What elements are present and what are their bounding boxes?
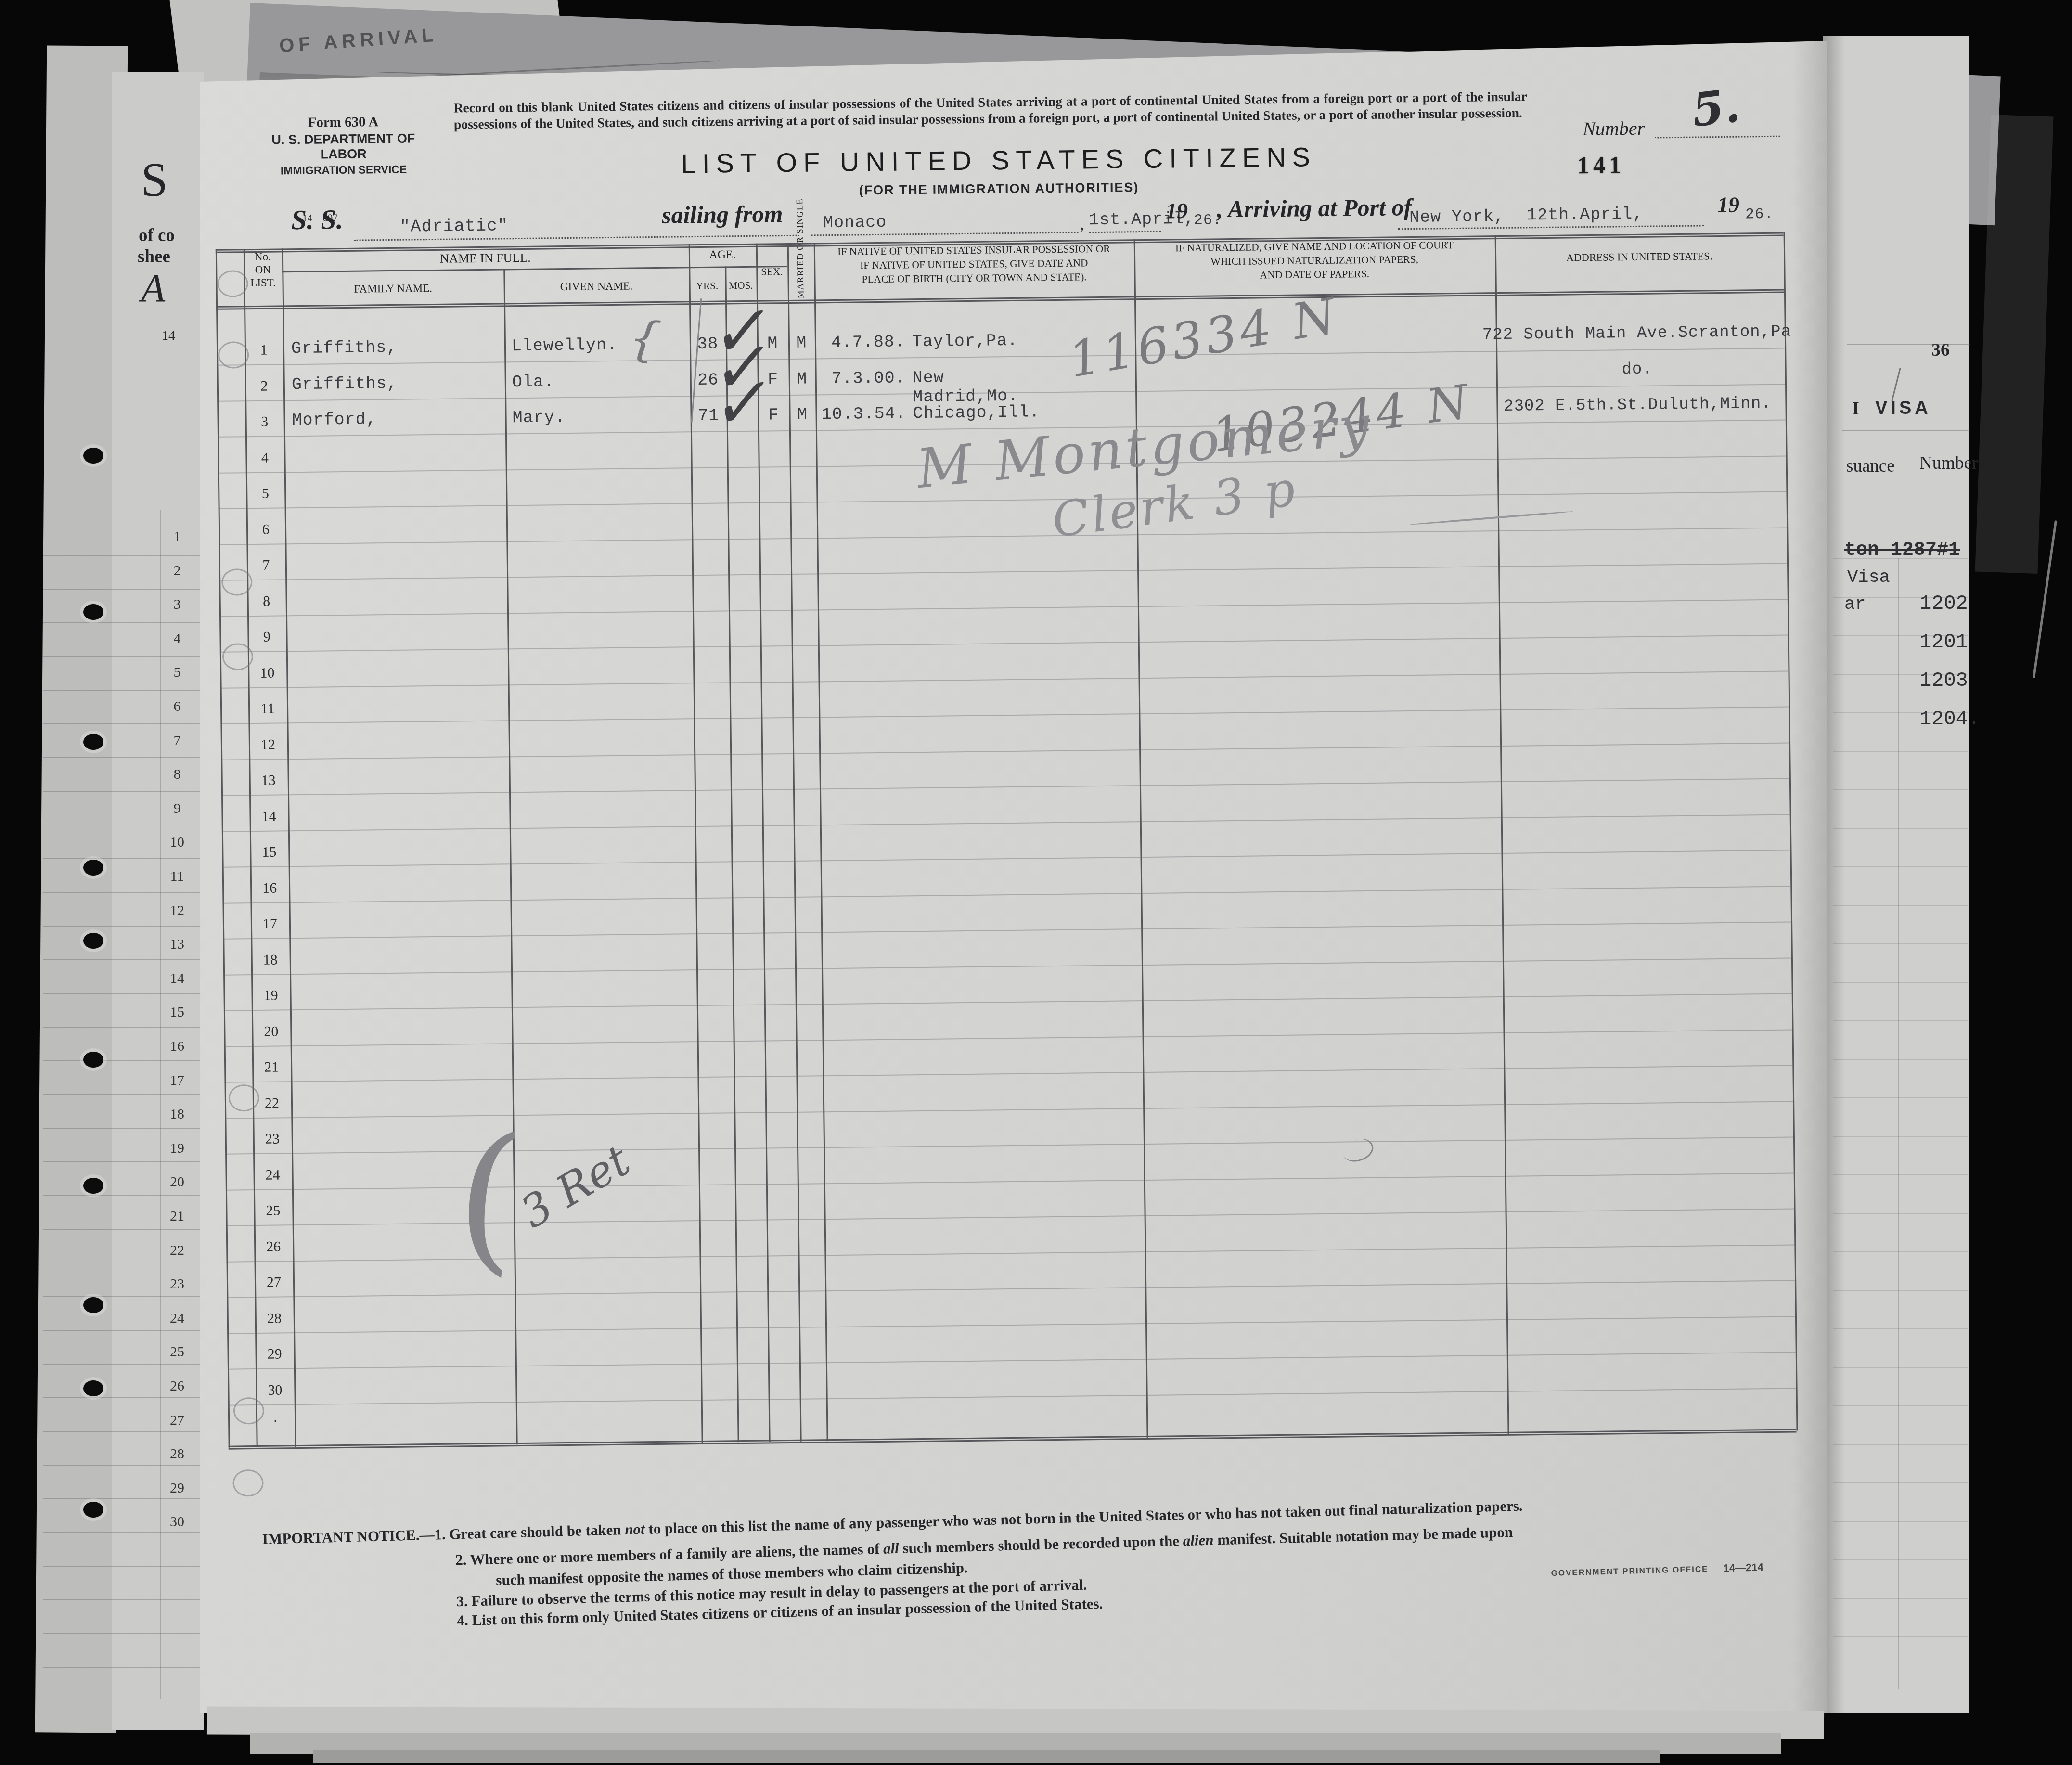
ruled-line	[1833, 905, 1968, 906]
ruled-line	[1833, 1174, 1968, 1175]
left-sheet-row-number: 13	[162, 936, 193, 953]
ruled-line	[1833, 1559, 1968, 1560]
ruled-line	[1833, 1097, 1968, 1098]
ruled-line	[1833, 751, 1968, 752]
left-sheet-partial-title: S	[141, 152, 168, 207]
ruled-line	[1833, 1598, 1968, 1599]
left-sheet-row-number: 17	[162, 1072, 193, 1089]
ruled-line	[1833, 1405, 1968, 1406]
punch-hole	[83, 1502, 103, 1518]
punch-hole	[83, 1178, 103, 1194]
left-sheet-row-number: 8	[162, 766, 193, 783]
left-sheet-row-number: 10	[162, 834, 193, 850]
left-sheet-partial-number: 14	[162, 328, 175, 344]
pencil-slash	[1891, 368, 1901, 402]
left-sheet-row-number: 6	[162, 698, 193, 715]
punch-hole	[83, 1297, 103, 1313]
ruled-line	[1833, 789, 1968, 790]
ruled-line	[1833, 1059, 1968, 1060]
punch-hole	[83, 1052, 103, 1068]
left-sheet-row-number: 25	[162, 1344, 193, 1360]
manifest-scan: OF ARRIVAL S of co shee A 14 12345678910…	[0, 0, 2072, 1765]
right-sheet-issuance-label: suance	[1846, 456, 1895, 477]
gpo-code: 14—214	[1723, 1561, 1763, 1574]
right-sheet-column-line	[1898, 558, 1899, 1689]
punch-hole	[83, 860, 103, 876]
punch-hole	[83, 1380, 103, 1396]
notice-text-italic: not	[625, 1520, 645, 1538]
right-sheet-page-number: 36	[1931, 339, 1950, 361]
ruled-line	[1833, 943, 1968, 944]
notice-text-italic: all	[883, 1540, 899, 1557]
right-sheet-list-number: 1202	[1919, 592, 1987, 615]
left-sheet-row-number: 27	[162, 1412, 193, 1429]
left-sheet-row-number: 24	[162, 1310, 193, 1327]
left-sheet-row-number: 20	[162, 1174, 193, 1190]
right-sheet-visa-label: VISA	[1875, 398, 1931, 419]
ruled-line	[1833, 1020, 1968, 1021]
ruled-line	[1833, 828, 1968, 829]
left-sheet-row-number: 2	[162, 563, 193, 579]
left-sheet-row-number: 28	[162, 1446, 193, 1462]
left-sheet-column-line	[160, 510, 161, 1699]
punch-hole	[83, 448, 103, 464]
left-sheet-partial-text: shee	[138, 246, 170, 267]
left-sheet-row-number: 21	[162, 1208, 193, 1224]
ruled-line	[1833, 674, 1968, 675]
bottom-sheet-edge	[313, 1750, 1660, 1763]
left-sheet-row-number: 18	[162, 1106, 193, 1122]
left-sheet-row-number: 14	[162, 970, 193, 987]
left-sheet-row-number: 7	[162, 733, 193, 749]
left-sheet-row-number: 26	[162, 1378, 193, 1394]
left-sheet-row-number: 11	[162, 868, 193, 885]
ruled-line	[1833, 712, 1968, 713]
right-sheet-visa-partial: I	[1852, 398, 1859, 419]
left-sheet-row-number: 30	[162, 1514, 193, 1530]
notice-text: IMPORTANT NOTICE.—1. Great care should b…	[262, 1521, 625, 1547]
right-sheet: 36 I VISA suance Number ton 1287#1 Visa …	[1823, 36, 1969, 1713]
left-sheet-row-number: 1	[162, 528, 193, 545]
left-sheet-row-number: 4	[162, 631, 193, 647]
important-notice: IMPORTANT NOTICE.—1. Great care should b…	[167, 8, 1838, 1723]
left-sheet-row-number: 15	[162, 1004, 193, 1020]
ruled-line	[1833, 1636, 1968, 1637]
right-sheet-list-number: 1201	[1919, 631, 1987, 654]
left-sheet-row-number: 3	[162, 596, 193, 613]
ruled-line	[1833, 1136, 1968, 1137]
manifest-form-sheet: Form 630 A U. S. DEPARTMENT OF LABOR IMM…	[200, 41, 1827, 1713]
ruled-line	[1847, 344, 1970, 345]
gpo-imprint: GOVERNMENT PRINTING OFFICE	[1551, 1564, 1708, 1578]
ruled-line	[1833, 1444, 1968, 1445]
notice-text: such members should be recorded upon the	[899, 1532, 1183, 1557]
ruled-line	[1833, 982, 1968, 983]
ruled-line	[1833, 1290, 1968, 1291]
ruled-line	[1833, 597, 1968, 598]
ruled-line	[1833, 1213, 1968, 1214]
left-sheet-partial-text: of co	[139, 225, 175, 246]
left-sheet-row-number: 22	[162, 1242, 193, 1259]
ruled-line	[1833, 866, 1968, 867]
punch-hole	[83, 604, 103, 620]
left-sheet-row-number: 23	[162, 1276, 193, 1292]
right-sheet-list-number: 1203	[1919, 669, 1987, 692]
left-sheet-row-number: 19	[162, 1140, 193, 1157]
right-sheet-number-label: Number	[1919, 453, 1978, 474]
notice-text: manifest. Suitable notation may be made …	[1213, 1523, 1513, 1548]
ruled-line	[1833, 635, 1968, 636]
left-sheet-row-number: 5	[162, 664, 193, 681]
left-sheet-row-number: 16	[162, 1038, 193, 1055]
ruled-line	[1833, 1482, 1968, 1483]
left-sheet-row-number: 9	[162, 800, 193, 817]
ruled-line	[1833, 1251, 1968, 1252]
ruled-line	[1842, 430, 1970, 431]
left-sheet-row-number: 12	[162, 902, 193, 919]
punch-hole	[83, 933, 103, 949]
ruled-line	[1833, 1521, 1968, 1522]
ruled-line	[1833, 558, 1968, 559]
left-sheet-partial-script: A	[141, 266, 165, 311]
right-sheet-list-number: 1204.	[1919, 708, 1987, 731]
right-sheet-visa-entry: Visa	[1847, 567, 1890, 588]
left-sheet-row-number: 29	[162, 1480, 193, 1496]
punch-hole	[83, 734, 103, 750]
notice-text-italic: alien	[1183, 1532, 1214, 1549]
ruled-line	[1833, 1367, 1968, 1368]
ruled-line	[1833, 1328, 1968, 1329]
